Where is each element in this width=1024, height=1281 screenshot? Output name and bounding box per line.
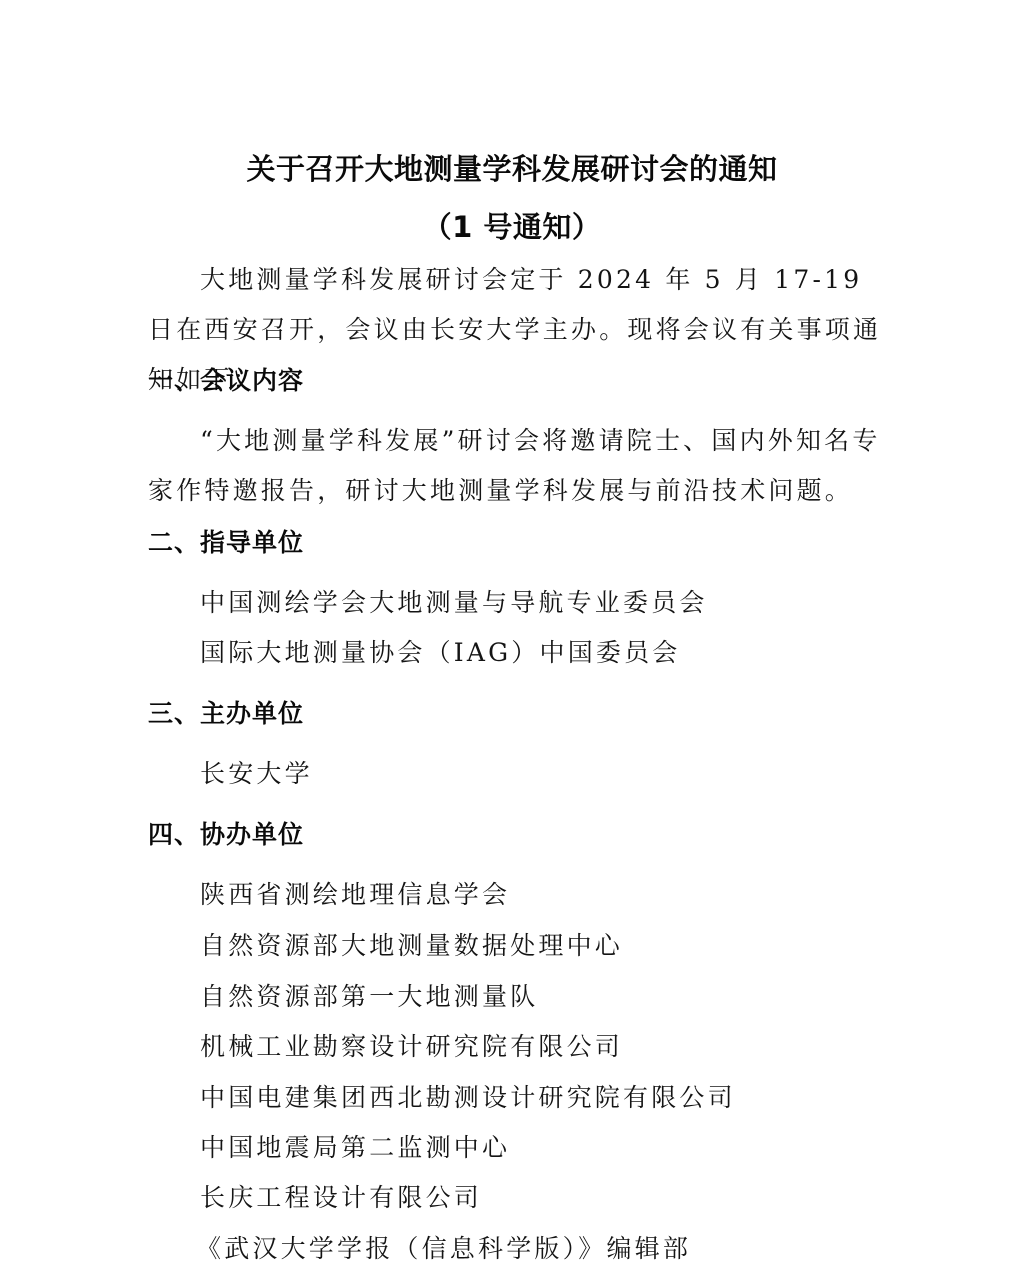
section-heading-meeting-content: 一、会议内容 <box>148 364 304 398</box>
co-organizer-item: 自然资源部第一大地测量队 <box>200 980 538 1014</box>
section-heading-co-organizers: 四、协办单位 <box>148 818 304 852</box>
document-subtitle: （1 号通知） <box>0 205 1024 246</box>
section-heading-host-unit: 三、主办单位 <box>148 697 304 731</box>
co-organizer-item: 《武汉大学学报（信息科学版）》编辑部 <box>196 1232 691 1266</box>
section-heading-guiding-units: 二、指导单位 <box>148 526 304 560</box>
co-organizer-item: 机械工业勘察设计研究院有限公司 <box>200 1030 623 1064</box>
co-organizer-item: 自然资源部大地测量数据处理中心 <box>200 929 623 963</box>
co-organizer-item: 中国地震局第二监测中心 <box>200 1131 510 1165</box>
host-unit-item: 长安大学 <box>200 757 313 791</box>
document-page: 关于召开大地测量学科发展研讨会的通知 （1 号通知） 大地测量学科发展研讨会定于… <box>0 0 1024 1281</box>
guiding-unit-item: 中国测绘学会大地测量与导航专业委员会 <box>200 586 708 620</box>
guiding-unit-item: 国际大地测量协会（IAG）中国委员会 <box>200 636 681 670</box>
co-organizer-item: 陕西省测绘地理信息学会 <box>200 878 510 912</box>
meeting-content-paragraph: “大地测量学科发展”研讨会将邀请院士、国内外知名专家作特邀报告，研讨大地测量学科… <box>148 416 883 516</box>
co-organizer-item: 中国电建集团西北勘测设计研究院有限公司 <box>200 1081 736 1115</box>
co-organizer-item: 长庆工程设计有限公司 <box>200 1181 482 1215</box>
document-title: 关于召开大地测量学科发展研讨会的通知 <box>0 147 1024 188</box>
